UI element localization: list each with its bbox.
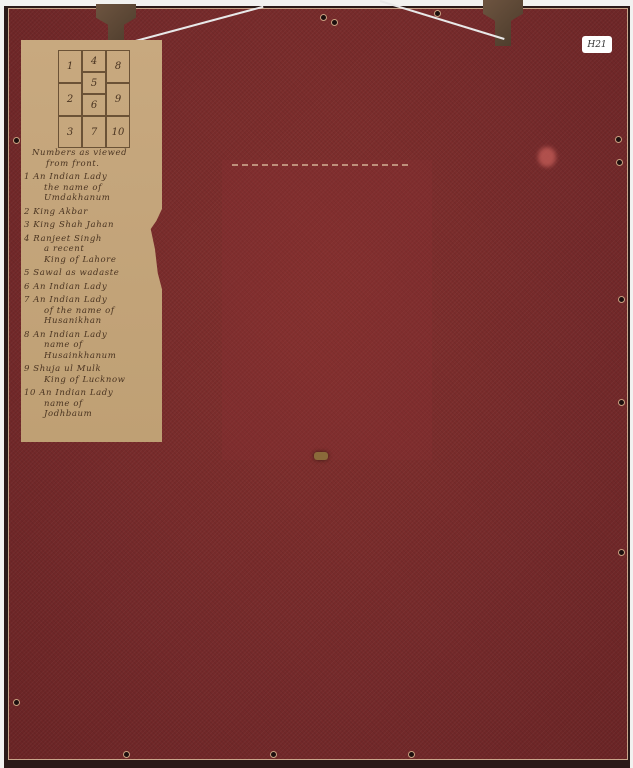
entry-sub: name of — [24, 399, 159, 410]
recessed-panel — [222, 160, 432, 460]
nail-hole — [14, 138, 19, 143]
nail-hole — [271, 752, 276, 757]
entry-line: 2 King Akbar — [24, 207, 159, 218]
heading-line: Numbers as viewed — [24, 148, 159, 159]
entry-sub: King of Lucknow — [24, 375, 159, 386]
grid-cell: 4 — [82, 50, 106, 72]
stitch-knot — [314, 452, 328, 460]
grid-cell: 9 — [106, 83, 130, 116]
nail-hole — [619, 550, 624, 555]
stitched-seam — [232, 158, 408, 166]
label-notes: Numbers as viewed from front. 1 An India… — [24, 148, 159, 420]
nail-hole — [409, 752, 414, 757]
entry-line: 7 An Indian Lady — [24, 295, 159, 306]
grid-cell: 6 — [82, 94, 106, 116]
entry-sub: Husanikhan — [24, 316, 159, 327]
nail-hole — [619, 400, 624, 405]
handwritten-label: 1 4 8 2 5 9 6 3 7 10 Numbers as viewed f… — [21, 40, 162, 442]
entry-line: 6 An Indian Lady — [24, 282, 159, 293]
inventory-tag: H21 — [582, 36, 612, 53]
nail-hole — [124, 752, 129, 757]
nail-hole — [321, 15, 326, 20]
grid-cell: 8 — [106, 50, 130, 83]
nail-hole — [617, 160, 622, 165]
nail-hole — [332, 20, 337, 25]
entry-line: 5 Sawal as wadaste — [24, 268, 159, 279]
position-grid: 1 4 8 2 5 9 6 3 7 10 — [58, 50, 130, 148]
grid-cell: 5 — [82, 72, 106, 94]
grid-cell: 10 — [106, 116, 130, 148]
entry-sub: of the name of — [24, 306, 159, 317]
nail-hole — [616, 137, 621, 142]
entry-sub: the name of — [24, 183, 159, 194]
entry-line: 10 An Indian Lady — [24, 388, 159, 399]
nail-hole — [619, 297, 624, 302]
nail-hole — [435, 11, 440, 16]
entry-sub: Jodhbaum — [24, 409, 159, 420]
entry-line: 3 King Shah Jahan — [24, 220, 159, 231]
entry-line: 1 An Indian Lady — [24, 172, 159, 183]
entry-sub: Umdakhanum — [24, 193, 159, 204]
entry-sub: a recent — [24, 244, 159, 255]
entry-sub: Husainkhanum — [24, 351, 159, 362]
heading-line: from front. — [24, 159, 159, 170]
entry-sub: name of — [24, 340, 159, 351]
entry-sub: King of Lahore — [24, 255, 159, 266]
entry-line: 9 Shuja ul Mulk — [24, 364, 159, 375]
stain-spot — [538, 147, 556, 167]
entry-line: 8 An Indian Lady — [24, 330, 159, 341]
grid-cell: 2 — [58, 83, 82, 116]
grid-cell: 1 — [58, 50, 82, 83]
grid-cell: 7 — [82, 116, 106, 148]
nail-hole — [14, 700, 19, 705]
entry-line: 4 Ranjeet Singh — [24, 234, 159, 245]
grid-cell: 3 — [58, 116, 82, 148]
